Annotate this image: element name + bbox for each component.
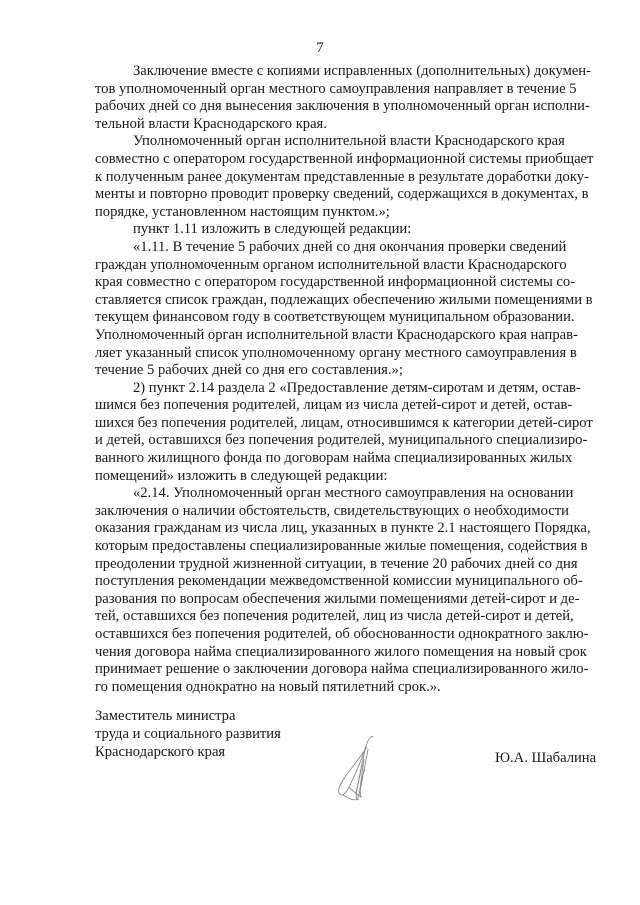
text-line: пункт 1.11 изложить в следующей редакции… [95, 221, 561, 239]
text-line: к полученным ранее документам представле… [95, 169, 561, 187]
text-line: и детей, оставшихся без попечения родите… [95, 432, 561, 450]
text-line: края совместно с оператором государствен… [95, 274, 561, 292]
text-line: чения договора найма специализированного… [95, 644, 561, 662]
position-line: труда и социального развития [95, 726, 281, 744]
text-line: шимся без попечения родителей, лицам из … [95, 397, 561, 415]
text-line: менты и повторно проводит проверку сведе… [95, 186, 561, 204]
text-line: го помещения однократно на новый пятилет… [95, 679, 561, 697]
text-line: оказания гражданам из числа лиц, указанн… [95, 520, 561, 538]
text-line: ляет указанный список уполномоченному ор… [95, 345, 561, 363]
text-line: ванного жилищного фонда по договорам най… [95, 450, 561, 468]
text-line: оставшихся без попечения родителей, об о… [95, 626, 561, 644]
text-line: 2) пункт 2.14 раздела 2 «Предоставление … [95, 380, 561, 398]
text-line: порядке, установленном настоящим пунктом… [95, 204, 561, 222]
text-line: принимает решение о заключении договора … [95, 661, 561, 679]
position-line: Заместитель министра [95, 708, 281, 726]
text-line: помещений» изложить в следующей редакции… [95, 468, 561, 486]
text-line: тельной власти Краснодарского края. [95, 116, 561, 134]
text-line: «1.11. В течение 5 рабочих дней со дня о… [95, 239, 561, 257]
text-line: Заключение вместе с копиями исправленных… [95, 63, 561, 81]
text-line: которым предоставлены специализированные… [95, 538, 561, 556]
text-line: граждан уполномоченным органом исполните… [95, 257, 561, 275]
text-line: ставляется список граждан, подлежащих об… [95, 292, 561, 310]
text-line: течение 5 рабочих дней со дня его состав… [95, 362, 561, 380]
signer-name: Ю.А. Шабалина [495, 750, 596, 767]
text-line: Уполномоченный орган исполнительной влас… [95, 133, 561, 151]
text-line: шихся без попечения родителей, лицам, от… [95, 415, 561, 433]
text-line: тей, оставшихся без попечения родителей,… [95, 608, 561, 626]
text-line: поступления рекомендации межведомственно… [95, 573, 561, 591]
position-line: Краснодарского края [95, 744, 281, 762]
text-line: заключения о наличии обстоятельств, свид… [95, 503, 561, 521]
text-line: текущем финансовом году в соответствующе… [95, 309, 561, 327]
text-line: совместно с оператором государственной и… [95, 151, 561, 169]
signatory-position: Заместитель министра труда и социального… [95, 708, 281, 761]
text-line: Уполномоченный орган исполнительной влас… [95, 327, 561, 345]
handwritten-signature-icon [335, 735, 377, 803]
text-line: тов уполномоченный орган местного самоуп… [95, 81, 561, 99]
page-number: 7 [0, 40, 640, 57]
text-line: рабочих дней со дня вынесения заключения… [95, 98, 561, 116]
document-body: Заключение вместе с копиями исправленных… [95, 63, 561, 696]
text-line: «2.14. Уполномоченный орган местного сам… [95, 485, 561, 503]
text-line: преодолении трудной жизненной ситуации, … [95, 556, 561, 574]
text-line: разования по вопросам обеспечения жилыми… [95, 591, 561, 609]
